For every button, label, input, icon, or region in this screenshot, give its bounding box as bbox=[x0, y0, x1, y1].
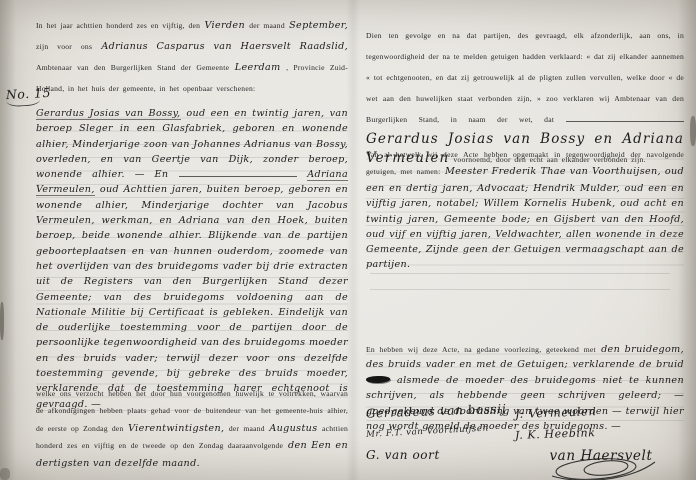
signature-brides-father: J: Vermeulen bbox=[515, 401, 684, 421]
page-gutter bbox=[346, 0, 360, 480]
handwritten-text: September, bbox=[289, 20, 348, 31]
printed-text: In het jaar achttien honderd zes en vijf… bbox=[36, 21, 200, 30]
printed-text: Dien ten gevolge en na dat partijen, des… bbox=[366, 31, 684, 124]
printed-text: zijn voor ons bbox=[36, 42, 92, 51]
marriage-act-scan: No. 15 In het jaar achttien honderd zes … bbox=[0, 0, 696, 480]
handwritten-text: Leerdam bbox=[235, 62, 281, 73]
handwritten-text: oud Achttien jaren, buiten beroep, gebor… bbox=[36, 184, 348, 409]
opening-paragraph: In het jaar achttien honderd zes en vijf… bbox=[36, 14, 348, 98]
printed-text: En hebben wij deze Acte, na gedane voorl… bbox=[366, 345, 596, 354]
scan-edge-smudge bbox=[690, 116, 696, 146]
signatures-block: Gerradeus van bossij J: Vermeulen Mr. F.… bbox=[366, 404, 684, 476]
left-page: In het jaar achttien honderd zes en vijf… bbox=[36, 0, 348, 480]
printed-text: der maand bbox=[249, 21, 285, 30]
blank-rule bbox=[566, 114, 684, 122]
signature-witness-van-oort: G. van oort bbox=[366, 448, 515, 462]
handwritten-text: Meester Frederik Thae van Voorthuijsen, … bbox=[366, 166, 684, 270]
printed-text: Ambtenaar van den Burgerlijken Stand der… bbox=[36, 63, 229, 72]
handwritten-text: Adrianus Casparus van Haersvelt Raadslid… bbox=[101, 41, 348, 52]
handwritten-text: Vierentwintigsten, bbox=[128, 423, 224, 434]
scan-edge-smudge bbox=[0, 302, 4, 340]
parties-paragraph: Gerardus Josias van Bossy, oud een en tw… bbox=[36, 105, 348, 411]
handwritten-text: Gerardus Josias van Bossy, bbox=[36, 108, 181, 120]
signature-witness-voorthuijsen: Mr. F.T. van Voorthuijsen bbox=[366, 422, 516, 440]
signature-groom: Gerradeus van bossij bbox=[366, 401, 516, 420]
printed-text: der maand bbox=[229, 424, 265, 433]
blank-rule bbox=[179, 169, 297, 177]
signature-flourish bbox=[548, 454, 658, 480]
handwritten-text: Vierden bbox=[204, 20, 245, 31]
witnesses-paragraph: Van al hetwelk wij deze Acte hebben opge… bbox=[366, 146, 684, 272]
signature-witness-heebink: J. K. Heebink bbox=[515, 423, 684, 442]
blank-ruled-lines bbox=[370, 258, 670, 292]
scan-edge-smudge bbox=[0, 468, 10, 480]
right-page: Dien ten gevolge en na dat partijen, des… bbox=[366, 0, 684, 480]
banns-paragraph: welke ons verzocht hebben het door hun v… bbox=[36, 384, 348, 471]
ink-blot bbox=[366, 376, 390, 383]
handwritten-text: Augustus bbox=[269, 423, 317, 434]
